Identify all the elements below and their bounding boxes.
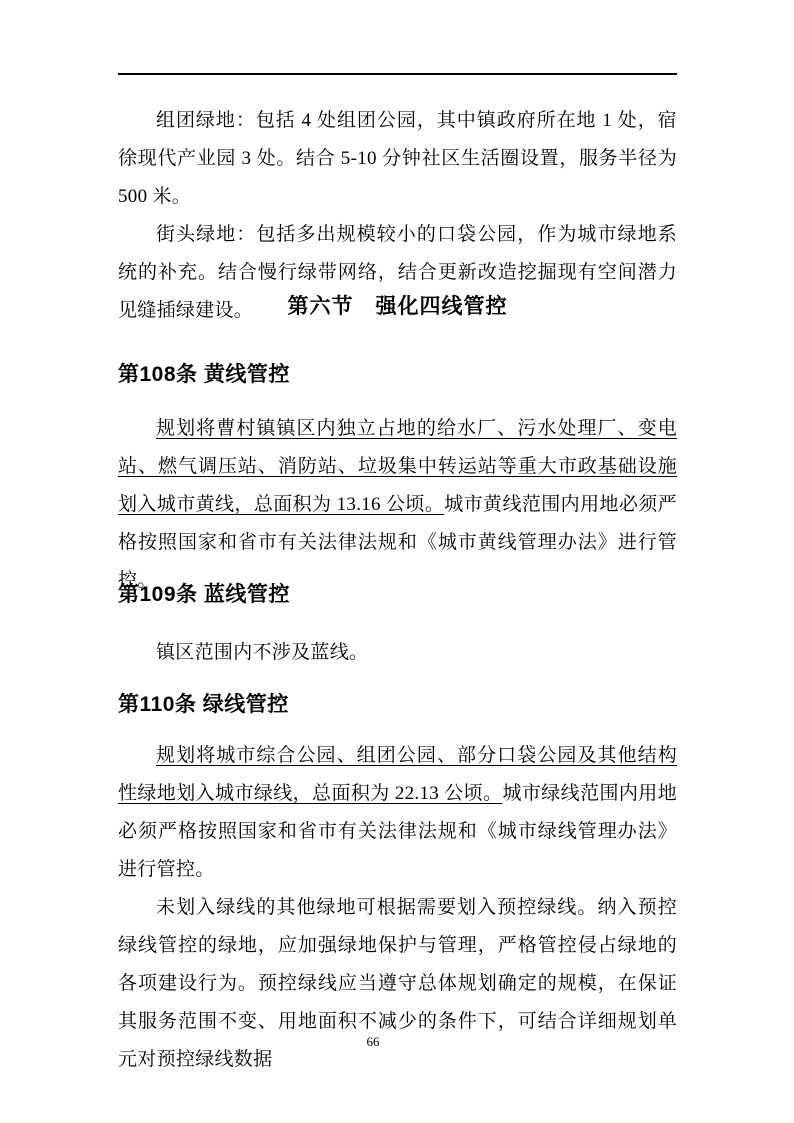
article-108-body: 规划将曹村镇镇区内独立占地的给水厂、污水处理厂、变电站、燃气调压站、消防站、垃圾…: [118, 410, 677, 600]
paragraph-reserve-green-line: 未划入绿线的其他绿地可根据需要划入预控绿线。纳入预控绿线管控的绿地，应加强绿地保…: [118, 889, 677, 1079]
section-heading: 第六节 强化四线管控: [118, 288, 677, 326]
article-109-heading: 第109条 蓝线管控: [118, 580, 677, 610]
page-number: 66: [340, 1034, 406, 1050]
text-run: 镇区范围内不涉及蓝线。: [156, 642, 368, 663]
article-109-body: 镇区范围内不涉及蓝线。: [118, 634, 677, 672]
paragraph-cluster-green: 组团绿地：包括 4 处组团公园，其中镇政府所在地 1 处，宿徐现代产业园 3 处…: [118, 102, 677, 216]
paragraph-green-line: 规划将城市综合公园、组团公园、部分口袋公园及其他结构性绿地划入城市绿线，总面积为…: [118, 737, 677, 889]
article-110-heading: 第110条 绿线管控: [118, 690, 677, 720]
paragraph-yellow-line: 规划将曹村镇镇区内独立占地的给水厂、污水处理厂、变电站、燃气调压站、消防站、垃圾…: [118, 410, 677, 600]
document-page: 组团绿地：包括 4 处组团公园，其中镇政府所在地 1 处，宿徐现代产业园 3 处…: [0, 0, 794, 1123]
article-108-heading: 第108条 黄线管控: [118, 360, 677, 390]
text-run: 组团绿地：包括 4 处组团公园，其中镇政府所在地 1 处，宿徐现代产业园 3 处…: [118, 110, 677, 207]
paragraph-blue-line: 镇区范围内不涉及蓝线。: [118, 634, 677, 672]
article-110-body: 规划将城市综合公园、组团公园、部分口袋公园及其他结构性绿地划入城市绿线，总面积为…: [118, 737, 677, 1079]
header-rule: [118, 73, 677, 75]
